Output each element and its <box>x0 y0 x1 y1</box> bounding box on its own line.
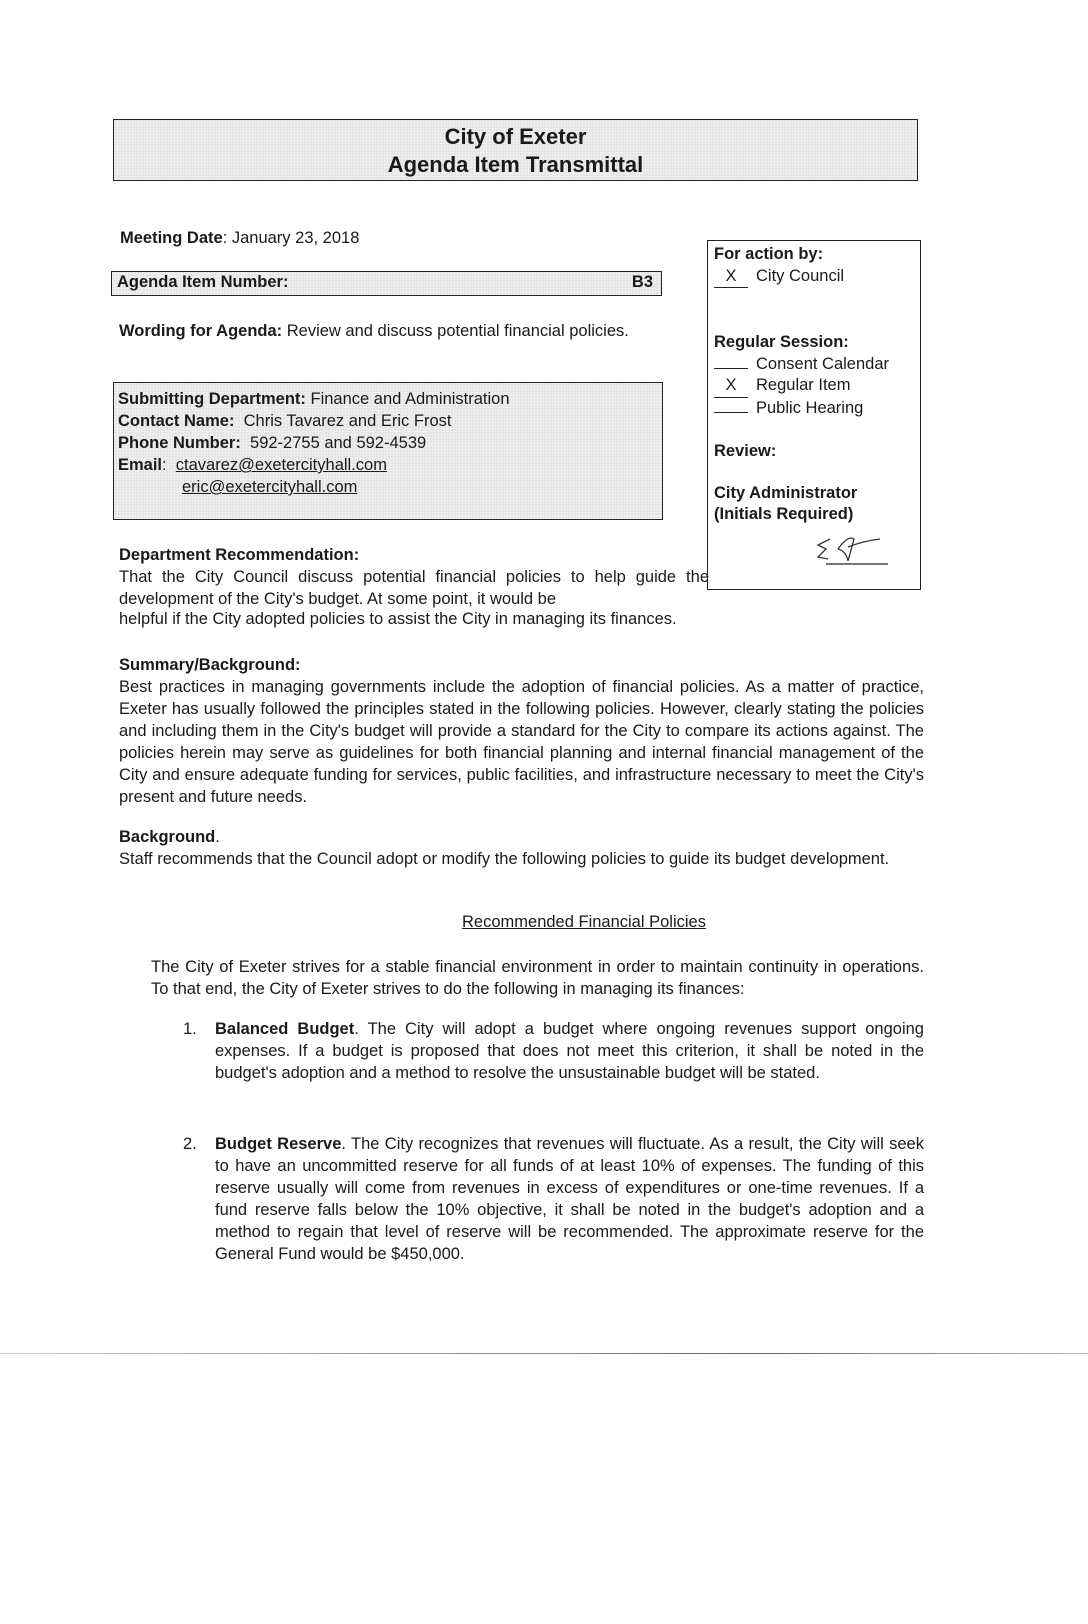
document-title: Agenda Item Transmittal <box>114 151 917 179</box>
document-title-box: City of Exeter Agenda Item Transmittal <box>113 119 918 181</box>
policy-text: . The City recognizes that revenues will… <box>215 1135 924 1263</box>
recommendation-body: That the City Council discuss potential … <box>119 566 709 610</box>
policy-title: Balanced Budget <box>215 1020 354 1038</box>
email-separator: : <box>162 456 176 474</box>
city-name: City of Exeter <box>114 123 917 151</box>
policy-item: 2. Budget Reserve. The City recognizes t… <box>183 1133 924 1265</box>
background-body: Staff recommends that the Council adopt … <box>119 848 924 870</box>
dept-value: Finance and Administration <box>306 390 510 408</box>
review-label: Review: <box>714 442 776 460</box>
public-hearing-checkmark[interactable] <box>714 412 748 413</box>
policies-title-text: Recommended Financial Policies <box>462 913 706 931</box>
regular-item-label: Regular Item <box>756 376 850 394</box>
policy-title: Budget Reserve <box>215 1135 341 1153</box>
city-administrator-label: City Administrator <box>714 484 857 502</box>
recommendation-heading: Department Recommendation: <box>119 544 359 566</box>
summary-body: Best practices in managing governments i… <box>119 676 924 808</box>
policy-number: 2. <box>183 1133 197 1155</box>
city-council-label: City Council <box>756 267 844 285</box>
wording-for-agenda: Wording for Agenda: Review and discuss p… <box>119 320 659 342</box>
submitting-department-box: Submitting Department: Finance and Admin… <box>113 382 663 520</box>
background-heading-text: Background <box>119 828 215 846</box>
phone-label: Phone Number: <box>118 434 241 452</box>
regular-item-checkmark[interactable]: X <box>714 375 748 398</box>
for-action-label: For action by: <box>714 245 823 263</box>
initials-required-label: (Initials Required) <box>714 505 853 523</box>
policy-number: 1. <box>183 1018 197 1040</box>
consent-calendar-checkmark[interactable] <box>714 368 748 369</box>
city-council-checkmark[interactable]: X <box>714 266 748 289</box>
email-link-1[interactable]: ctavarez@exetercityhall.com <box>176 456 387 474</box>
phone-value: 592-2755 and 592-4539 <box>241 434 426 452</box>
recommendation-heading-text: Department Recommendation: <box>119 546 359 564</box>
policy-item: 1. Balanced Budget. The City will adopt … <box>183 1018 924 1084</box>
recommendation-body-continued: helpful if the City adopted policies to … <box>119 608 819 630</box>
summary-heading-text: Summary/Background: <box>119 656 301 674</box>
page-bottom-divider <box>0 1353 1088 1354</box>
public-hearing-label: Public Hearing <box>756 399 863 417</box>
policies-intro: The City of Exeter strives for a stable … <box>151 956 924 1000</box>
background-heading-punct: . <box>215 828 220 846</box>
email-label: Email <box>118 456 162 474</box>
signature-initials-icon <box>808 527 898 567</box>
background-heading: Background. <box>119 826 220 848</box>
agenda-item-number-value: B3 <box>632 273 653 292</box>
policies-title: Recommended Financial Policies <box>0 911 1088 933</box>
meeting-date: Meeting Date: January 23, 2018 <box>120 227 359 249</box>
agenda-item-number-box: Agenda Item Number: B3 <box>111 271 662 296</box>
wording-value: Review and discuss potential financial p… <box>282 322 629 340</box>
contact-value: Chris Tavarez and Eric Frost <box>234 412 451 430</box>
meeting-date-value: : January 23, 2018 <box>223 229 360 247</box>
summary-heading: Summary/Background: <box>119 654 301 676</box>
contact-label: Contact Name: <box>118 412 234 430</box>
wording-label: Wording for Agenda: <box>119 322 282 340</box>
email-link-2[interactable]: eric@exetercityhall.com <box>182 478 357 496</box>
meeting-date-label: Meeting Date <box>120 229 223 247</box>
dept-label: Submitting Department: <box>118 390 306 408</box>
consent-calendar-label: Consent Calendar <box>756 355 889 373</box>
agenda-item-number-label: Agenda Item Number: <box>117 273 288 292</box>
regular-session-label: Regular Session: <box>714 333 849 351</box>
